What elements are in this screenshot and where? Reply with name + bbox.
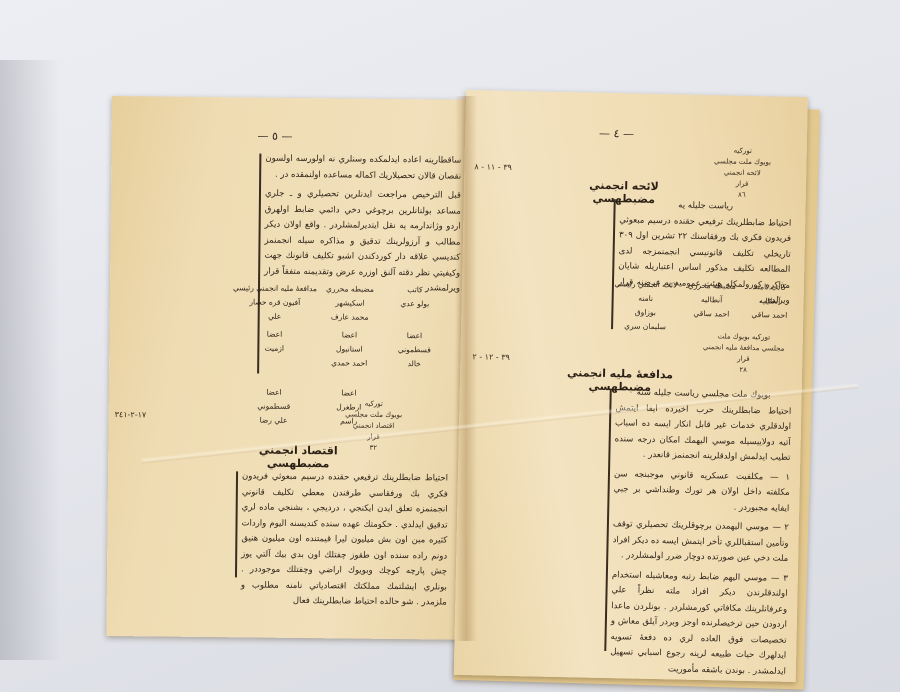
signatory: اعضا قسطموني علي رضا [229,385,319,428]
date-line: ١٧-٢-٣٤١ [115,410,147,419]
page-number: — ٤ — [599,127,634,141]
section-body: بويوك ملت مجلسي رياست جليله سنه احتياط ض… [610,385,792,684]
list-item: ١ — مكلفيت عسكريه قانوني موجبنجه سن مكلف… [613,467,790,517]
paragraph: ساقطارينه اعاده ايدلمكده وسنلري نه اولور… [265,152,461,185]
right-page: — ٤ — توركيه بويوك ملت مجلسي لائحه انجمن… [454,90,808,682]
date-line: ٣٩ - ١٢ - ٢ [472,352,510,362]
section-body: احتياط ضابطلرينك ترفيعي حقنده درسيم مبعو… [241,469,448,611]
page-number: — ٥ — [258,130,293,143]
margin-rule [235,471,238,577]
list-item: ٢ — موسي اليهمدن برچوقلرينك تحصيلري توقف… [612,517,789,567]
signatory: اعضا ازميت [229,327,319,356]
left-page: — ٥ — ساقطارينه اعاده ايدلمكده وسنلري نه… [106,96,468,640]
center-fold [455,96,477,641]
signatory: مدافعهٔ مليه انجمني رئيسي آفيون قره حصار… [230,281,320,324]
date-line: ٣٩ - ١١ - ٨ [474,162,512,172]
resolution-stamp: توركيه بويوك ملت مجلسي مدافعهٔ مليه انجم… [698,331,789,377]
resolution-stamp: توركيه بويوك ملت مجلسي لائحه انجمني قرار… [702,145,783,202]
background-shadow [0,60,60,660]
list-item: ٣ — موسي اليهم ضابط رتبه ومعاشيله استخدا… [610,568,788,680]
